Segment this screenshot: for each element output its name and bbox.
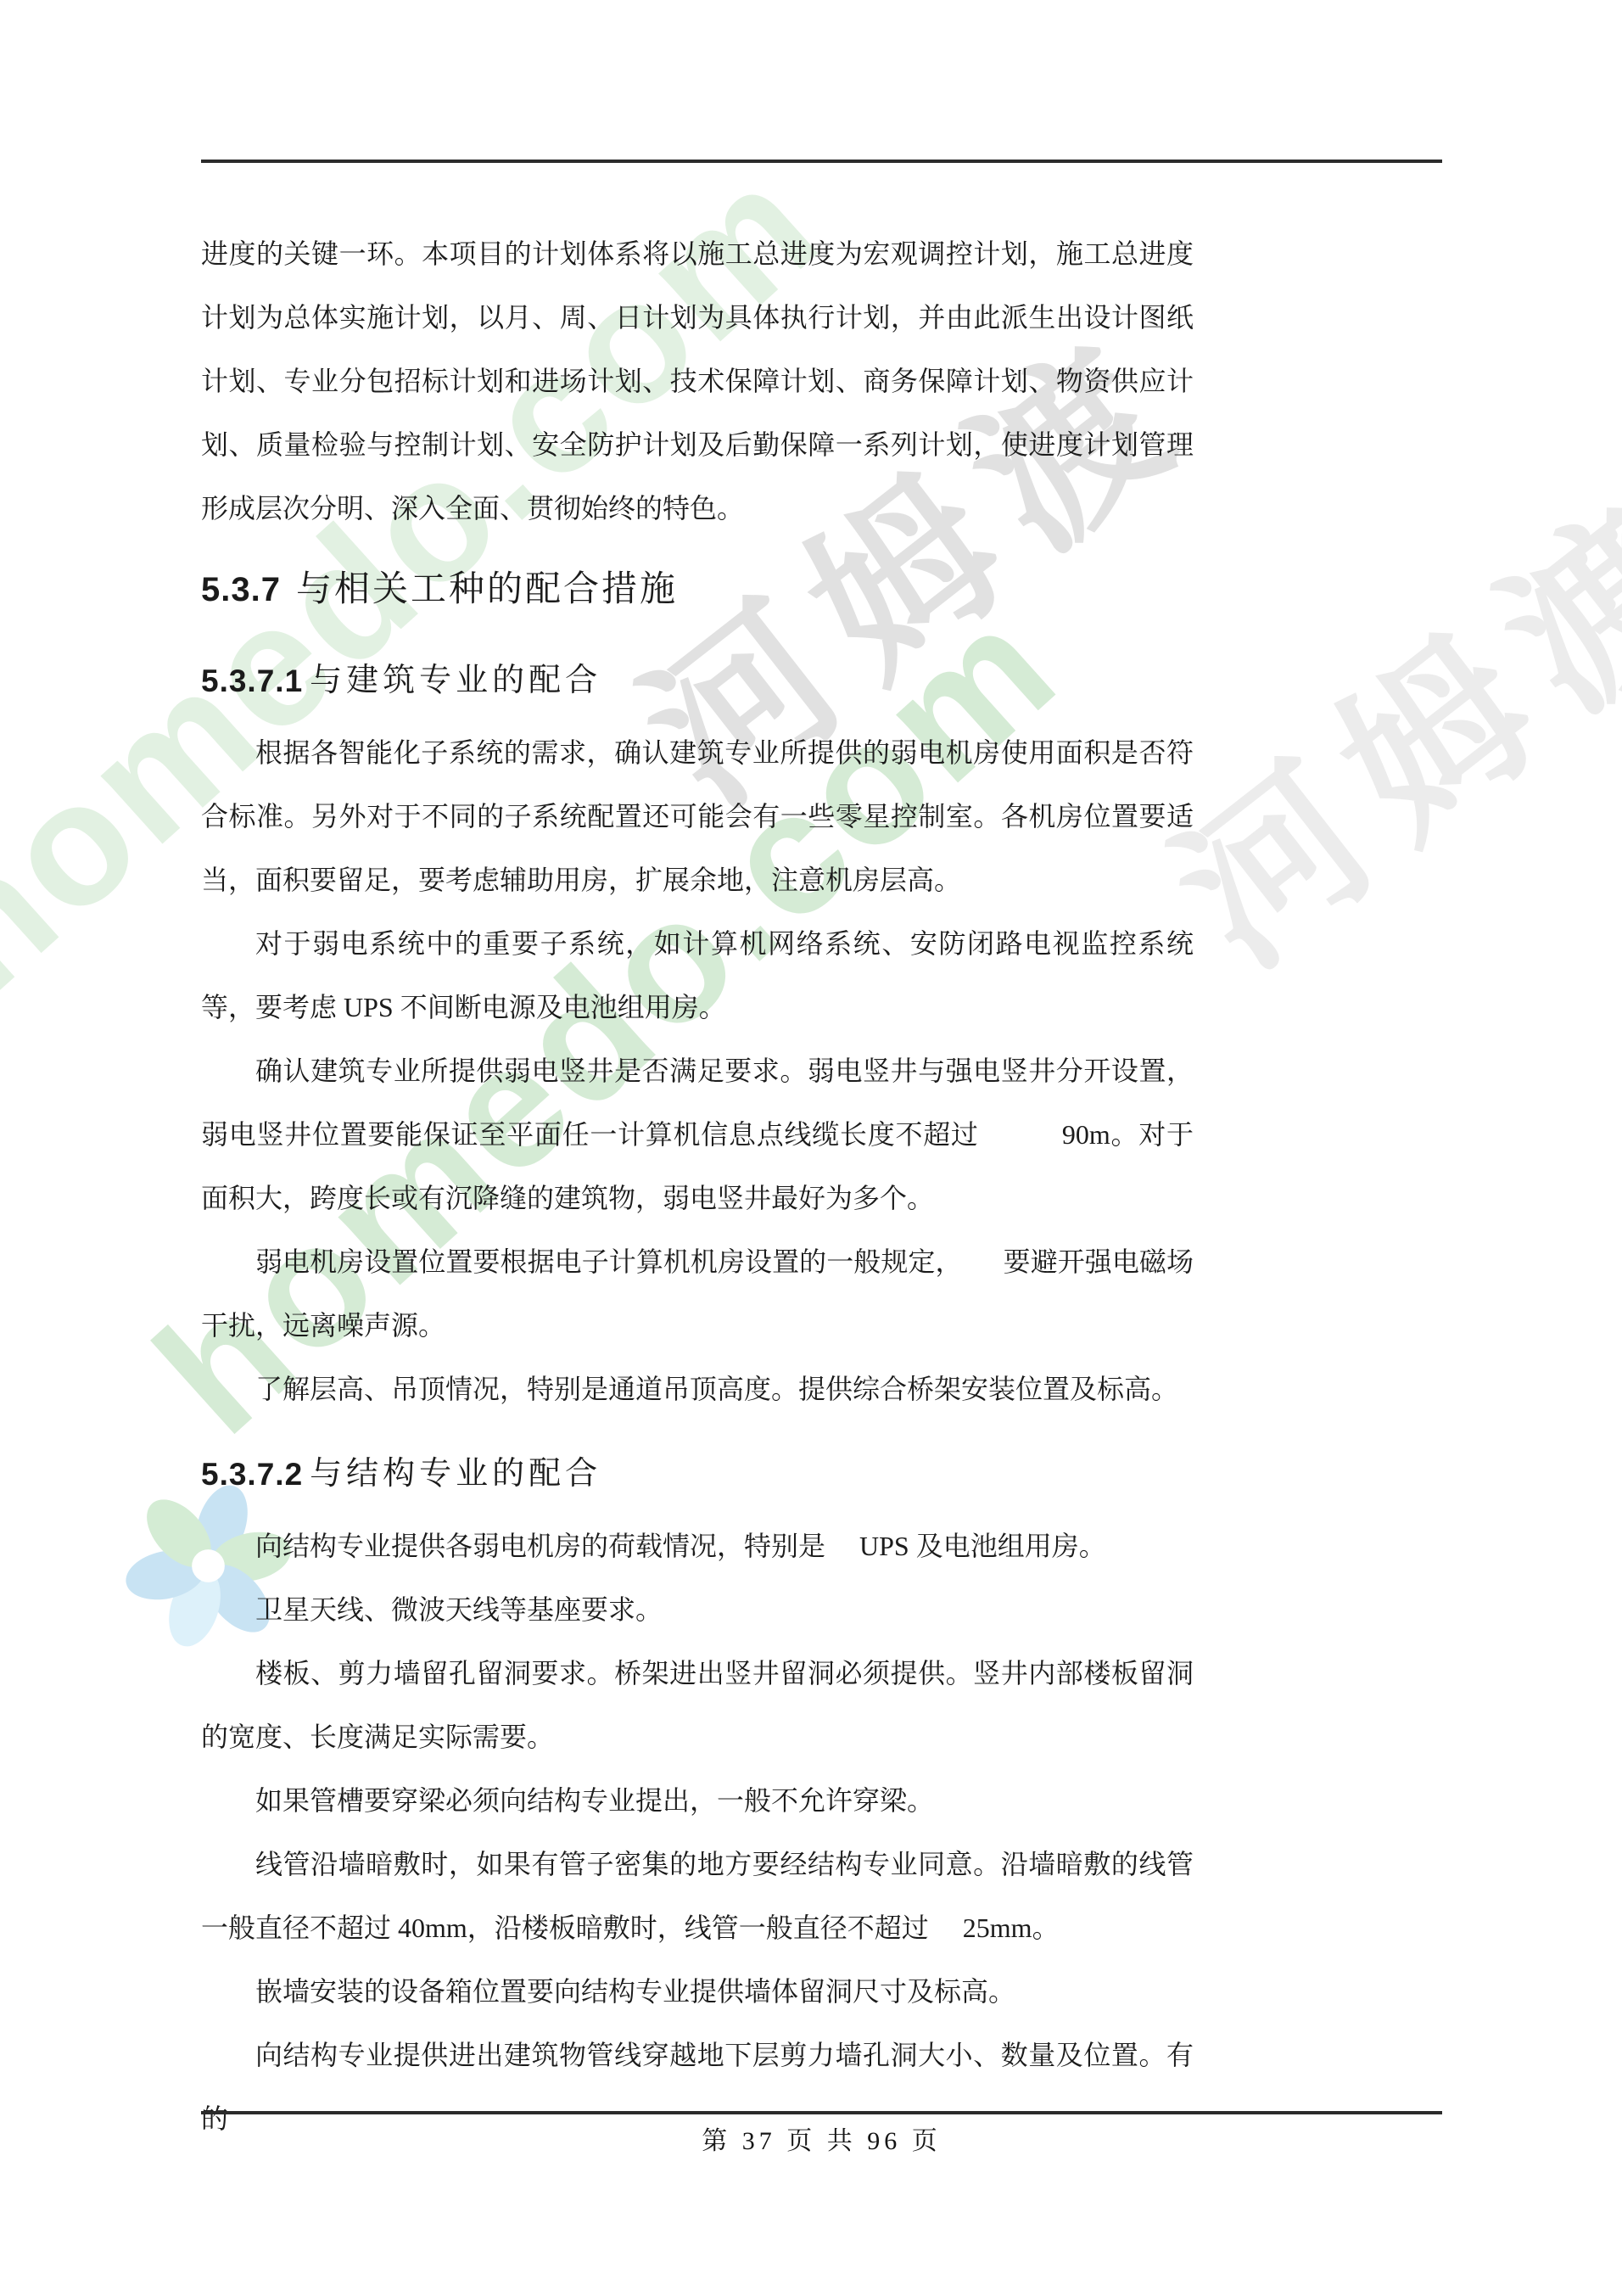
- paragraph: 楼板、剪力墙留孔留洞要求。桥架进出竖井留洞必须提供。竖井内部楼板留洞的宽度、长度…: [201, 1642, 1194, 1769]
- paragraph: 线管沿墙暗敷时，如果有管子密集的地方要经结构专业同意。沿墙暗敷的线管一般直径不超…: [201, 1833, 1194, 1960]
- paragraph: 根据各智能化子系统的需求，确认建筑专业所提供的弱电机房使用面积是否符合标准。另外…: [201, 721, 1194, 912]
- paragraph: 向结构专业提供各弱电机房的荷载情况，特别是 UPS 及电池组用房。: [201, 1515, 1194, 1578]
- section-title: 与建筑专业的配合: [310, 649, 601, 713]
- paragraph: 如果管槽要穿梁必须向结构专业提出，一般不允许穿梁。: [201, 1769, 1194, 1833]
- document-page: homedo.com homedo.com 河姆渡 河姆渡 进度的关键一环。本项…: [0, 0, 1622, 2296]
- paragraph: 了解层高、吊顶情况，特别是通道吊顶高度。提供综合桥架安装位置及标高。: [201, 1358, 1194, 1421]
- section-number: 5.3.7: [201, 558, 281, 622]
- text-column: 进度的关键一环。本项目的计划体系将以施工总进度为宏观调控计划，施工总进度计划为总…: [201, 222, 1194, 2151]
- paragraph: 弱电机房设置位置要根据电子计算机机房设置的一般规定， 要避开强电磁场干扰，远离噪…: [201, 1230, 1194, 1358]
- paragraph: 嵌墙安装的设备箱位置要向结构专业提供墙体留洞尺寸及标高。: [201, 1960, 1194, 2024]
- paragraph: 对于弱电系统中的重要子系统，如计算机网络系统、安防闭路电视监控系统等，要考虑 U…: [201, 912, 1194, 1039]
- section-title: 与结构专业的配合: [310, 1442, 601, 1506]
- paragraph: 进度的关键一环。本项目的计划体系将以施工总进度为宏观调控计划，施工总进度计划为总…: [201, 222, 1194, 540]
- section-heading-5-3-7-1: 5.3.7.1 与建筑专业的配合: [201, 641, 1194, 721]
- section-heading-5-3-7-2: 5.3.7.2 与结构专业的配合: [201, 1434, 1194, 1515]
- header-rule: [201, 160, 1442, 163]
- section-number: 5.3.7.2: [201, 1442, 303, 1506]
- paragraph: 卫星天线、微波天线等基座要求。: [201, 1578, 1194, 1642]
- section-number: 5.3.7.1: [201, 649, 303, 713]
- footer-rule: [201, 2111, 1442, 2114]
- section-heading-5-3-7: 5.3.7 与相关工种的配合措施: [201, 547, 1194, 632]
- section-title: 与相关工种的配合措施: [296, 558, 678, 622]
- paragraph: 确认建筑专业所提供弱电竖井是否满足要求。弱电竖井与强电竖井分开设置，弱电竖井位置…: [201, 1039, 1194, 1230]
- page-footer: 第 37 页 共 96 页: [201, 2120, 1442, 2157]
- document-body: 进度的关键一环。本项目的计划体系将以施工总进度为宏观调控计划，施工总进度计划为总…: [0, 0, 1622, 2296]
- page-number-text: 第 37 页 共 96 页: [702, 2127, 942, 2155]
